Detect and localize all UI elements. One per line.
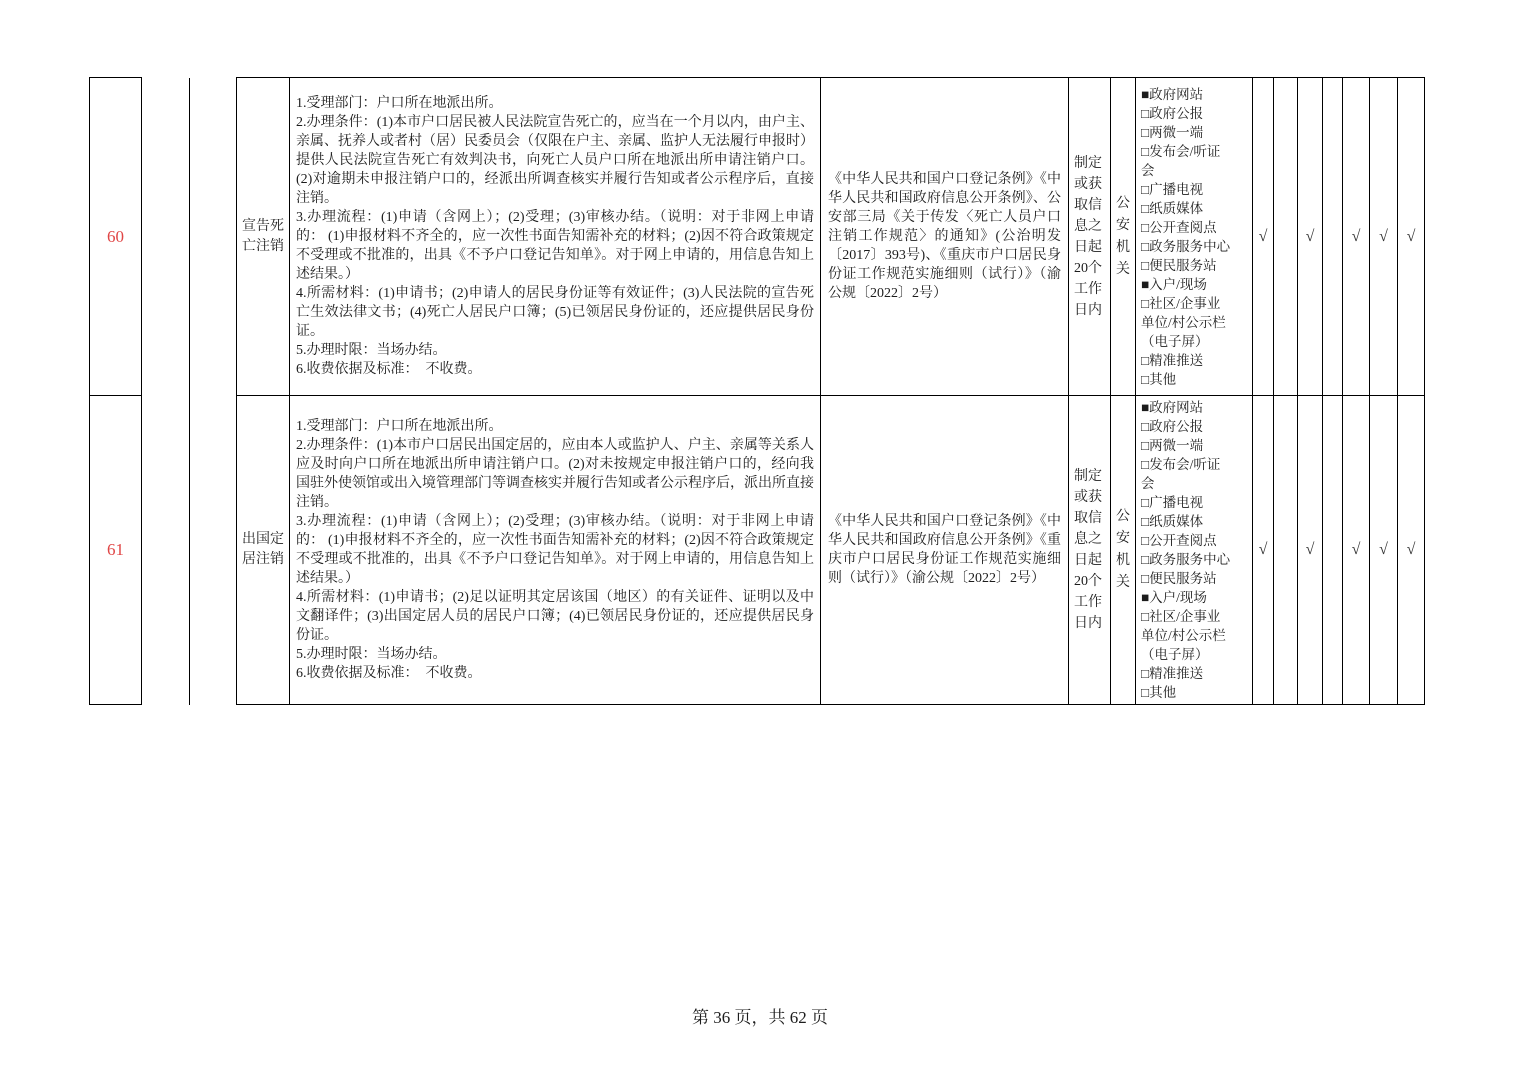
channel-item: □纸质媒体 [1141,199,1247,218]
channel-item: ■政府网站 [1141,398,1247,417]
table-row: 60 宣告死亡注销 1.受理部门：户口所在地派出所。 2.办理条件：(1)本市户… [90,78,1425,396]
checkbox-empty-icon: □ [1141,533,1149,548]
checkbox-empty-icon: □ [1141,514,1149,529]
checkbox-checked-icon: ■ [1141,400,1149,415]
channel-label: 入户/现场 [1149,277,1207,292]
agency-cell: 公安机关 [1111,78,1136,396]
checkbox-checked-icon: ■ [1141,590,1149,605]
channel-label: 社区/企事业 单位/村公示栏 （电子屏） [1141,296,1226,349]
channel-item: □便民服务站 [1141,256,1247,275]
check-mark-cell: √ [1370,78,1398,396]
check-mark: √ [1306,541,1315,558]
check-mark-cell: √ [1398,396,1425,705]
category-cell-2 [190,396,237,705]
catalog-table-body: 60 宣告死亡注销 1.受理部门：户口所在地派出所。 2.办理条件：(1)本市户… [90,78,1425,705]
channel-item: □社区/企事业 单位/村公示栏 （电子屏） [1141,294,1247,351]
channel-item: □政府公报 [1141,104,1247,123]
check-mark-cell: √ [1343,396,1370,705]
time-limit: 制定或获取信息之日起20个工作日内 [1069,153,1110,321]
item-name-cell: 出国定居注销 [237,396,290,705]
legal-basis-cell: 《中华人民共和国户口登记条例》《中华人民共和国政府信息公开条例》、公安部三局《关… [821,78,1069,396]
legal-basis: 《中华人民共和国户口登记条例》《中华人民共和国政府信息公开条例》《重庆市户口居民… [821,512,1068,588]
time-limit-cell: 制定或获取信息之日起20个工作日内 [1069,396,1111,705]
channel-label: 纸质媒体 [1149,201,1203,216]
checkbox-checked-icon: ■ [1141,87,1149,102]
check-mark-cell [1323,78,1343,396]
channel-item: □便民服务站 [1141,569,1247,588]
channel-list: ■政府网站□政府公报□两微一端□发布会/听证 会□广播电视□纸质媒体□公开查阅点… [1141,85,1247,389]
channel-label: 广播电视 [1149,182,1203,197]
channel-label: 精准推送 [1149,353,1203,368]
checkbox-empty-icon: □ [1141,438,1149,453]
checkbox-empty-icon: □ [1141,457,1149,472]
channel-item: □其他 [1141,683,1247,702]
legal-basis-cell: 《中华人民共和国户口登记条例》《中华人民共和国政府信息公开条例》《重庆市户口居民… [821,396,1069,705]
channel-item: □精准推送 [1141,664,1247,683]
check-mark: √ [1352,541,1361,558]
check-mark-cell: √ [1398,78,1425,396]
channel-label: 纸质媒体 [1149,514,1203,529]
item-name: 出国定居注销 [242,532,284,567]
channel-label: 其他 [1149,372,1176,387]
check-mark-cell: √ [1253,78,1274,396]
disclosure-catalog-table: 60 宣告死亡注销 1.受理部门：户口所在地派出所。 2.办理条件：(1)本市户… [89,77,1425,705]
channel-label: 公开查阅点 [1149,220,1217,235]
channel-label: 政府网站 [1149,87,1203,102]
agency-cell: 公安机关 [1111,396,1136,705]
channel-label: 入户/现场 [1149,590,1207,605]
channel-item: □发布会/听证 会 [1141,142,1247,180]
item-description: 1.受理部门：户口所在地派出所。 2.办理条件：(1)本市户口居民出国定居的，应… [290,417,820,683]
row-number-cell: 60 [90,78,142,396]
checkbox-empty-icon: □ [1141,609,1149,624]
legal-basis: 《中华人民共和国户口登记条例》《中华人民共和国政府信息公开条例》、公安部三局《关… [821,170,1068,303]
checkbox-checked-icon: ■ [1141,277,1149,292]
checkbox-empty-icon: □ [1141,182,1149,197]
category-cell-2 [190,78,237,396]
check-mark-cell: √ [1253,396,1274,705]
checkbox-empty-icon: □ [1141,296,1149,311]
channel-item: □政务服务中心 [1141,550,1247,569]
item-name-cell: 宣告死亡注销 [237,78,290,396]
checkbox-empty-icon: □ [1141,571,1149,586]
check-mark-cell: √ [1298,396,1323,705]
channel-label: 广播电视 [1149,495,1203,510]
check-mark-cell [1323,396,1343,705]
table-row: 61 出国定居注销 1.受理部门：户口所在地派出所。 2.办理条件：(1)本市户… [90,396,1425,705]
channel-item: ■入户/现场 [1141,588,1247,607]
checkbox-empty-icon: □ [1141,495,1149,510]
item-description-cell: 1.受理部门：户口所在地派出所。 2.办理条件：(1)本市户口居民被人民法院宣告… [290,78,821,396]
checkbox-empty-icon: □ [1141,201,1149,216]
row-number: 61 [107,540,124,559]
channel-label: 其他 [1149,685,1176,700]
channel-item: □公开查阅点 [1141,531,1247,550]
check-mark: √ [1379,228,1388,245]
check-mark-cell: √ [1298,78,1323,396]
row-number-cell: 61 [90,396,142,705]
check-mark-cell [1274,396,1298,705]
check-mark: √ [1352,228,1361,245]
check-mark: √ [1407,541,1416,558]
channel-item: □广播电视 [1141,180,1247,199]
channel-label: 公开查阅点 [1149,533,1217,548]
channel-label: 社区/企事业 单位/村公示栏 （电子屏） [1141,609,1226,662]
channel-item: □政务服务中心 [1141,237,1247,256]
check-mark: √ [1259,541,1268,558]
channel-label: 两微一端 [1149,125,1203,140]
channel-item: □公开查阅点 [1141,218,1247,237]
check-mark: √ [1407,228,1416,245]
disclosure-channels-cell: ■政府网站□政府公报□两微一端□发布会/听证 会□广播电视□纸质媒体□公开查阅点… [1136,78,1253,396]
channel-label: 政府公报 [1149,419,1203,434]
row-number: 60 [107,227,124,246]
checkbox-empty-icon: □ [1141,144,1149,159]
item-description-cell: 1.受理部门：户口所在地派出所。 2.办理条件：(1)本市户口居民出国定居的，应… [290,396,821,705]
checkbox-empty-icon: □ [1141,666,1149,681]
check-mark: √ [1379,541,1388,558]
channel-item: □纸质媒体 [1141,512,1247,531]
check-mark: √ [1259,228,1268,245]
channel-label: 精准推送 [1149,666,1203,681]
checkbox-empty-icon: □ [1141,239,1149,254]
category-cell-1 [142,78,190,396]
time-limit: 制定或获取信息之日起20个工作日内 [1069,466,1110,634]
check-mark: √ [1306,228,1315,245]
checkbox-empty-icon: □ [1141,125,1149,140]
channel-item: □其他 [1141,370,1247,389]
checkbox-empty-icon: □ [1141,372,1149,387]
channel-item: □政府公报 [1141,417,1247,436]
channel-item: ■入户/现场 [1141,275,1247,294]
channel-label: 发布会/听证 会 [1141,144,1220,178]
channel-item: □精准推送 [1141,351,1247,370]
channel-item: □发布会/听证 会 [1141,455,1247,493]
channel-label: 政务服务中心 [1149,239,1230,254]
channel-item: □两微一端 [1141,123,1247,142]
check-mark-cell [1274,78,1298,396]
item-name: 宣告死亡注销 [242,219,284,254]
item-description: 1.受理部门：户口所在地派出所。 2.办理条件：(1)本市户口居民被人民法院宣告… [290,94,820,379]
channel-item: ■政府网站 [1141,85,1247,104]
channel-label: 政务服务中心 [1149,552,1230,567]
agency: 公安机关 [1115,193,1131,281]
time-limit-cell: 制定或获取信息之日起20个工作日内 [1069,78,1111,396]
check-mark-cell: √ [1343,78,1370,396]
channel-item: □广播电视 [1141,493,1247,512]
page-footer: 第 36 页，共 62 页 [0,1006,1520,1030]
checkbox-empty-icon: □ [1141,353,1149,368]
checkbox-empty-icon: □ [1141,220,1149,235]
agency: 公安机关 [1115,506,1131,594]
channel-label: 便民服务站 [1149,571,1217,586]
checkbox-empty-icon: □ [1141,258,1149,273]
channel-label: 发布会/听证 会 [1141,457,1220,491]
channel-list: ■政府网站□政府公报□两微一端□发布会/听证 会□广播电视□纸质媒体□公开查阅点… [1141,398,1247,702]
channel-label: 政府网站 [1149,400,1203,415]
channel-label: 两微一端 [1149,438,1203,453]
checkbox-empty-icon: □ [1141,419,1149,434]
channel-label: 政府公报 [1149,106,1203,121]
channel-label: 便民服务站 [1149,258,1217,273]
checkbox-empty-icon: □ [1141,106,1149,121]
channel-item: □社区/企事业 单位/村公示栏 （电子屏） [1141,607,1247,664]
check-mark-cell: √ [1370,396,1398,705]
checkbox-empty-icon: □ [1141,685,1149,700]
category-cell-1 [142,396,190,705]
disclosure-channels-cell: ■政府网站□政府公报□两微一端□发布会/听证 会□广播电视□纸质媒体□公开查阅点… [1136,396,1253,705]
channel-item: □两微一端 [1141,436,1247,455]
checkbox-empty-icon: □ [1141,552,1149,567]
